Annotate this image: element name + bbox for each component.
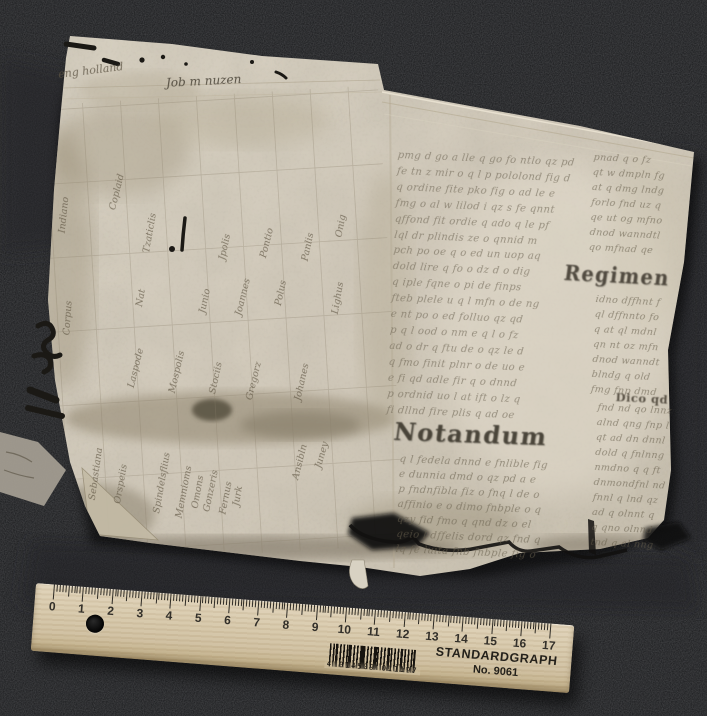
ruler-tick	[82, 587, 84, 602]
ruler-tick	[486, 618, 488, 625]
ruler-tick	[164, 593, 166, 600]
ruler-number: 5	[194, 611, 202, 625]
ruler-tick	[360, 609, 362, 620]
ruler-tick	[290, 603, 292, 610]
ruler-tick	[296, 603, 298, 610]
ruler-tick	[403, 612, 405, 627]
ruler-tick	[459, 616, 461, 623]
ruler-number: 16	[512, 636, 526, 651]
ruler-tick	[465, 617, 467, 624]
ruler-tick	[401, 612, 403, 619]
ruler-tick	[500, 620, 502, 627]
ruler-tick	[267, 601, 269, 608]
ruler-tick	[345, 607, 347, 622]
ruler-tick	[246, 600, 248, 607]
ruler-number: 14	[454, 631, 468, 646]
ruler-tick	[527, 622, 529, 629]
ruler-tick	[226, 598, 228, 605]
ruler-tick	[80, 586, 82, 593]
ruler-tick	[86, 587, 88, 594]
ruler-tick	[126, 590, 128, 601]
ruler-tick	[447, 615, 449, 626]
ruler-tick	[293, 603, 295, 610]
ruler-tick	[284, 603, 286, 610]
ruler-tick	[173, 594, 175, 601]
ruler-tick	[129, 590, 131, 597]
ruler-tick	[325, 606, 327, 613]
ruler-tick	[111, 589, 113, 604]
ruler-tick	[103, 588, 105, 595]
ruler-tick	[106, 589, 108, 596]
ruler-tick	[214, 597, 216, 608]
ruler-tick	[56, 585, 58, 592]
ruler-tick	[91, 587, 93, 594]
ruler-tick	[445, 615, 447, 622]
ruler-tick	[357, 608, 359, 615]
ruler-tick	[138, 591, 140, 598]
ruler-tick	[286, 603, 288, 618]
ruler-tick	[132, 591, 134, 598]
ruler-tick	[512, 621, 514, 628]
ruler-tick	[477, 618, 479, 629]
ruler-tick	[489, 619, 491, 626]
ruler-tick	[524, 621, 526, 628]
ruler-number: 8	[282, 617, 290, 631]
ruler-tick	[389, 611, 391, 622]
ruler-tick	[97, 588, 99, 599]
ruler-tick	[167, 593, 169, 600]
ruler-tick	[188, 595, 190, 602]
ruler-tick	[416, 613, 418, 620]
ruler-tick	[310, 605, 312, 612]
ruler-tick	[278, 602, 280, 609]
ruler-number: 3	[136, 606, 144, 620]
archival-photo: eng holland Job m nuzen CorpusIndianoCop…	[0, 0, 707, 716]
ruler-tick	[491, 619, 493, 634]
ruler-tick	[427, 614, 429, 621]
ruler-tick	[454, 616, 456, 623]
ruler-tick	[185, 595, 187, 606]
ruler-tick	[503, 620, 505, 627]
ruler-tick	[343, 607, 345, 614]
ruler-tick	[202, 596, 204, 603]
ruler-tick	[211, 597, 213, 604]
ruler-number: 4	[165, 608, 173, 622]
ruler-tick	[205, 596, 207, 603]
ruler-tick	[381, 610, 383, 617]
ruler-tick	[118, 589, 120, 596]
ruler-tick	[228, 598, 230, 613]
ruler-number: 15	[483, 633, 497, 648]
ruler-tick	[547, 623, 549, 630]
ruler-tick	[240, 599, 242, 606]
ruler-number: 13	[425, 629, 439, 644]
ruler-tick	[179, 594, 181, 601]
ruler-tick	[161, 593, 163, 600]
ruler-number: 12	[396, 626, 410, 641]
ruler-tick	[197, 596, 199, 603]
ruler-tick	[234, 599, 236, 606]
ruler-tick	[538, 623, 540, 630]
ruler-tick	[243, 599, 245, 610]
ruler-tick	[100, 588, 102, 595]
ruler-tick	[340, 607, 342, 614]
ruler-tick	[468, 617, 470, 624]
ruler-tick	[272, 602, 274, 613]
ruler-tick	[109, 589, 111, 596]
ruler-tick	[232, 598, 234, 605]
ruler-tick	[337, 607, 339, 614]
ruler-tick	[462, 617, 464, 632]
ruler-tick	[395, 611, 397, 618]
ruler-tick	[62, 585, 64, 592]
ruler-tick	[398, 612, 400, 619]
ruler-tick	[436, 615, 438, 622]
ruler-tick	[424, 614, 426, 621]
ruler-number: 7	[253, 615, 261, 629]
ruler-tick	[121, 590, 123, 597]
ruler-tick	[530, 622, 532, 629]
ruler-tick	[544, 623, 546, 630]
ruler-tick	[532, 622, 534, 629]
ruler-tick	[430, 614, 432, 621]
ruler-number: 1	[78, 601, 86, 615]
ruler-tick	[170, 594, 172, 609]
ruler-tick	[153, 592, 155, 599]
ruler-tick	[123, 590, 125, 597]
ruler-tick	[191, 595, 193, 602]
ruler-tick	[144, 592, 146, 599]
ruler-tick	[386, 611, 388, 618]
ruler-tick	[518, 621, 520, 628]
ruler-number: 6	[224, 613, 232, 627]
ruler-tick	[474, 618, 476, 625]
ruler-tick	[421, 613, 423, 620]
ruler-tick	[252, 600, 254, 607]
ruler-tick	[223, 598, 225, 605]
ruler-tick	[217, 597, 219, 604]
ruler-tick	[147, 592, 149, 599]
ruler-tick	[313, 605, 315, 612]
ruler-tick	[71, 586, 73, 593]
ruler-tick	[494, 619, 496, 626]
ruler-tick	[270, 601, 272, 608]
ruler-tick	[378, 610, 380, 617]
ruler-tick	[299, 604, 301, 611]
ruler-tick	[308, 604, 310, 611]
ruler-tick	[432, 614, 434, 629]
ruler-tick	[194, 595, 196, 602]
ruler-tick	[506, 620, 508, 631]
ruler-tick	[88, 587, 90, 594]
ruler-tick	[515, 621, 517, 628]
ruler-tick	[348, 608, 350, 615]
ruler-tick	[249, 600, 251, 607]
ruler-tick	[471, 617, 473, 624]
ruler-tick	[59, 585, 61, 592]
ruler-tick	[351, 608, 353, 615]
ruler-tick	[413, 613, 415, 620]
ruler-number: 11	[367, 624, 381, 639]
ruler-tick	[257, 601, 259, 616]
ruler-tick	[535, 622, 537, 633]
ruler-tick	[155, 592, 157, 603]
ruler-tick	[208, 597, 210, 604]
ruler-tick	[322, 606, 324, 613]
ruler-tick	[261, 601, 263, 608]
ruler-number: 0	[48, 599, 56, 613]
ruler-tick	[264, 601, 266, 608]
ruler-tick	[541, 623, 543, 630]
ruler-tick	[497, 619, 499, 626]
ruler-tick	[334, 606, 336, 613]
ruler-tick	[68, 586, 70, 597]
ruler-tick	[418, 613, 420, 624]
ruler-tick	[237, 599, 239, 606]
ruler-tick	[407, 612, 409, 619]
ruler-tick	[354, 608, 356, 615]
ruler-tick	[509, 620, 511, 627]
ruler-tick	[135, 591, 137, 598]
ruler-tick	[383, 610, 385, 617]
ruler-tick	[305, 604, 307, 611]
ruler-tick	[456, 616, 458, 623]
ruler-tick	[316, 605, 318, 620]
ruler-tick	[410, 612, 412, 619]
ruler-number: 2	[107, 604, 115, 618]
ruler-tick	[115, 589, 117, 596]
ruler-tick	[140, 591, 142, 606]
ruler-tick	[392, 611, 394, 618]
ruler-tick	[94, 588, 96, 595]
ruler-tick	[159, 593, 161, 600]
ruler-tick	[150, 592, 152, 599]
ruler-tick	[363, 609, 365, 616]
ruler-number: 9	[311, 620, 319, 634]
ruler-tick	[451, 616, 453, 623]
ruler-tick	[442, 615, 444, 622]
ruler-tick	[374, 610, 376, 625]
ruler-tick	[281, 602, 283, 609]
ruler-tick	[275, 602, 277, 609]
ruler-tick	[480, 618, 482, 625]
ruler-tick	[77, 586, 79, 593]
ruler-tick	[328, 606, 330, 613]
ruler-tick	[372, 609, 374, 616]
ruler-number: 10	[337, 622, 351, 637]
ruler-tick	[520, 621, 522, 636]
ruler-tick	[549, 623, 551, 638]
ruler-tick	[369, 609, 371, 616]
ruler-hole	[85, 614, 104, 633]
ruler-tick	[319, 605, 321, 612]
ruler-tick	[366, 609, 368, 616]
ruler-tick	[255, 600, 257, 607]
ruler-tick	[331, 606, 333, 617]
ruler-tick	[176, 594, 178, 601]
ruler-tick	[53, 584, 55, 599]
ruler-tick	[74, 586, 76, 593]
ruler-tick	[301, 604, 303, 615]
ruler-tick	[182, 595, 184, 602]
ruler-tick	[199, 596, 201, 611]
ruler-tick	[483, 618, 485, 625]
ruler-tick	[439, 615, 441, 622]
ruler-tick	[65, 585, 67, 592]
ruler-number: 17	[542, 638, 556, 653]
ruler-tick	[220, 598, 222, 605]
